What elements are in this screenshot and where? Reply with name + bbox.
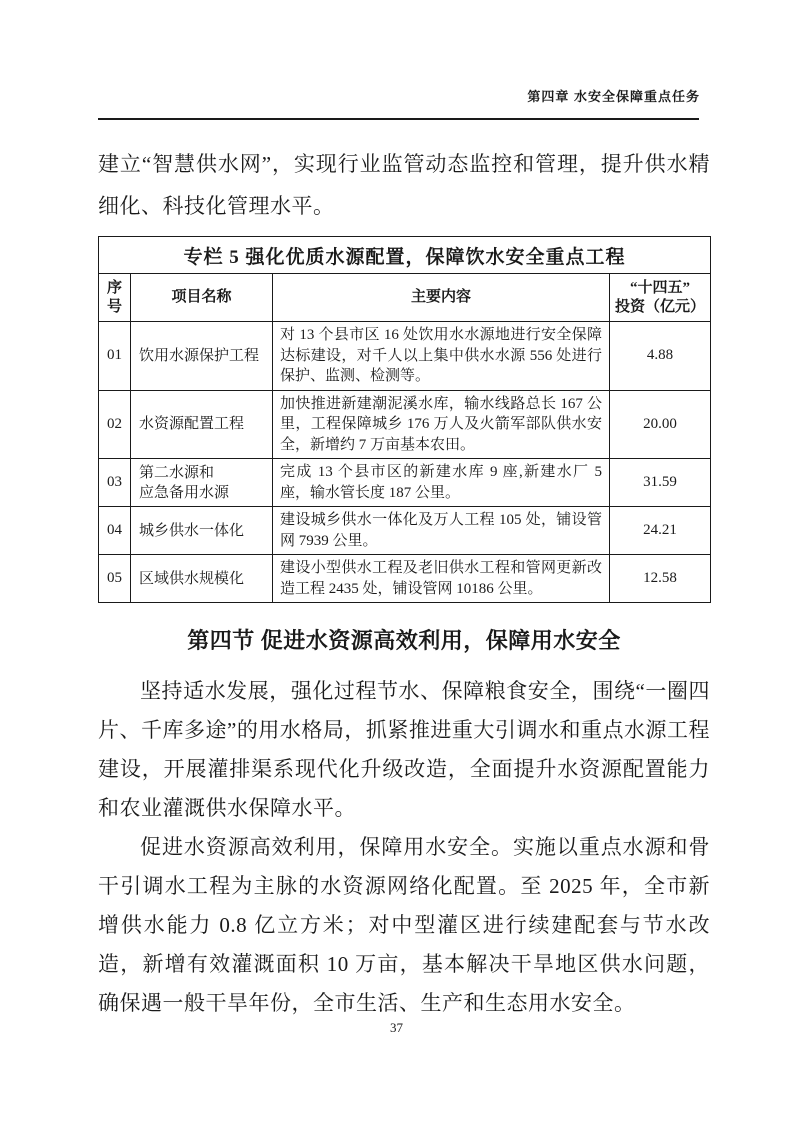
- cell-no: 01: [99, 322, 131, 391]
- cell-content: 建设小型供水工程及老旧供水工程和管网更新改造工程 2435 处，铺设管网 101…: [273, 555, 610, 603]
- cell-content: 加快推进新建潮泥溪水库，输水线路总长 167 公里，工程保障城乡 176 万人及…: [273, 390, 610, 459]
- body-paragraph-2: 促进水资源高效利用，保障用水安全。实施以重点水源和骨干引调水工程为主脉的水资源网…: [98, 828, 710, 1023]
- project-table: 专栏 5 强化优质水源配置，保障饮水安全重点工程 序号 项目名称 主要内容 “十…: [98, 236, 711, 603]
- cell-no: 05: [99, 555, 131, 603]
- cell-investment: 24.21: [610, 507, 711, 555]
- cell-name: 水资源配置工程: [131, 390, 273, 459]
- table-row: 01 饮用水源保护工程 对 13 个县市区 16 处饮用水水源地进行安全保障达标…: [99, 322, 711, 391]
- cell-name: 第二水源和 应急备用水源: [131, 459, 273, 507]
- table-title: 专栏 5 强化优质水源配置，保障饮水安全重点工程: [99, 237, 711, 274]
- cell-name: 城乡供水一体化: [131, 507, 273, 555]
- table-row: 03 第二水源和 应急备用水源 完成 13 个县市区的新建水库 9 座,新建水厂…: [99, 459, 711, 507]
- section-heading: 第四节 促进水资源高效利用，保障用水安全: [98, 624, 710, 655]
- cell-no: 02: [99, 390, 131, 459]
- cell-investment: 12.58: [610, 555, 711, 603]
- cell-investment: 4.88: [610, 322, 711, 391]
- body-paragraph-1: 坚持适水发展，强化过程节水、保障粮食安全，围绕“一圈四片、千库多途”的用水格局，…: [98, 672, 710, 828]
- header-rule: [98, 118, 699, 120]
- column-header-no: 序号: [99, 274, 131, 322]
- table-header-row: 序号 项目名称 主要内容 “十四五” 投资（亿元）: [99, 274, 711, 322]
- cell-content: 对 13 个县市区 16 处饮用水水源地进行安全保障达标建设，对千人以上集中供水…: [273, 322, 610, 391]
- table-row: 04 城乡供水一体化 建设城乡供水一体化及万人工程 105 处，铺设管网 793…: [99, 507, 711, 555]
- cell-content: 建设城乡供水一体化及万人工程 105 处，铺设管网 7939 公里。: [273, 507, 610, 555]
- cell-no: 03: [99, 459, 131, 507]
- cell-content: 完成 13 个县市区的新建水库 9 座,新建水厂 5 座，输水管长度 187 公…: [273, 459, 610, 507]
- cell-investment: 31.59: [610, 459, 711, 507]
- table-title-row: 专栏 5 强化优质水源配置，保障饮水安全重点工程: [99, 237, 711, 274]
- intro-paragraph: 建立“智慧供水网”，实现行业监管动态监控和管理，提升供水精细化、科技化管理水平。: [98, 143, 710, 227]
- column-header-main-content: 主要内容: [273, 274, 610, 322]
- document-page-content: 第四章 水安全保障重点任务 建立“智慧供水网”，实现行业监管动态监控和管理，提升…: [98, 86, 710, 1023]
- column-header-project-name: 项目名称: [131, 274, 273, 322]
- cell-no: 04: [99, 507, 131, 555]
- cell-investment: 20.00: [610, 390, 711, 459]
- cell-name: 饮用水源保护工程: [131, 322, 273, 391]
- table-row: 02 水资源配置工程 加快推进新建潮泥溪水库，输水线路总长 167 公里，工程保…: [99, 390, 711, 459]
- running-header-chapter-title: 第四章 水安全保障重点任务: [98, 86, 710, 105]
- column-header-investment: “十四五” 投资（亿元）: [610, 274, 711, 322]
- page-number: 37: [0, 1020, 793, 1036]
- table-row: 05 区域供水规模化 建设小型供水工程及老旧供水工程和管网更新改造工程 2435…: [99, 555, 711, 603]
- cell-name: 区域供水规模化: [131, 555, 273, 603]
